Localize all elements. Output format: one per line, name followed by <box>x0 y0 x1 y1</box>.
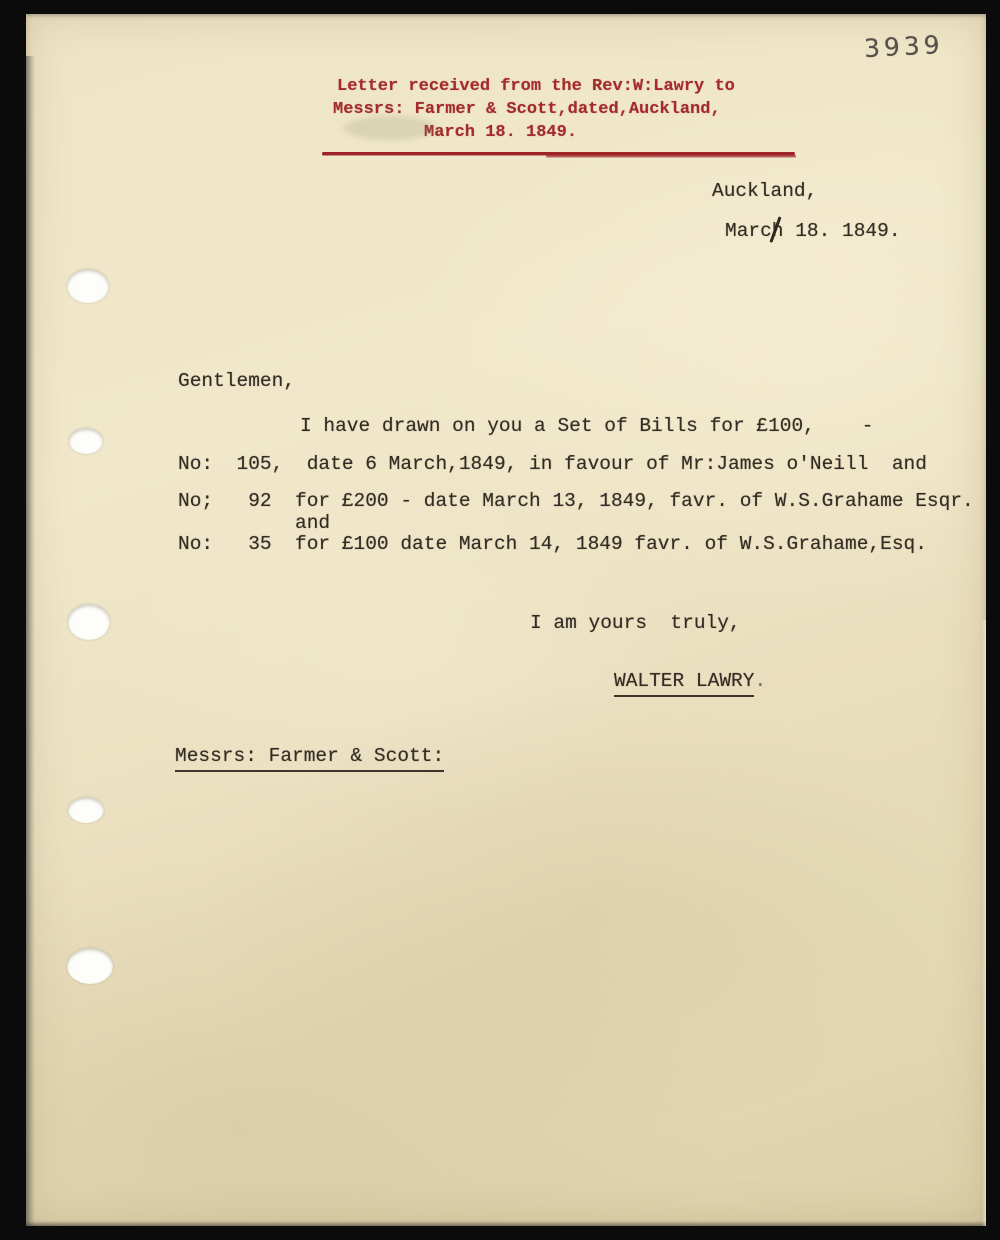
signature-block: WALTER LAWRY. <box>614 669 766 693</box>
header-underline-rule-overstrike <box>546 155 796 157</box>
pencil-catalog-number: 3939 <box>863 30 944 63</box>
letter-page: 3939 Letter received from the Rev:W:Lawr… <box>26 14 986 1226</box>
addressee-name: Messrs: Farmer & Scott: <box>175 745 444 772</box>
bill-line-2: No; 92 for £200 - date March 13, 1849, f… <box>178 489 974 513</box>
ink-smudge <box>344 116 436 140</box>
dateline-date: March 18. 1849. <box>725 219 901 243</box>
paper-edge-left <box>26 56 35 1226</box>
punch-hole <box>67 269 109 303</box>
paper-edge-top <box>26 14 986 18</box>
bill-line-1: No: 105, date 6 March,1849, in favour of… <box>178 452 927 476</box>
header-line-1: Letter received from the Rev:W:Lawry to <box>337 75 735 98</box>
valediction: I am yours truly, <box>530 611 741 635</box>
body-intro-line: I have drawn on you a Set of Bills for £… <box>300 414 873 438</box>
punch-hole <box>69 428 103 454</box>
paper-edge-bottom <box>26 1221 986 1226</box>
bill-line-3: No: 35 for £100 date March 14, 1849 favr… <box>178 532 927 556</box>
punch-hole <box>68 604 110 640</box>
paper-edge-right <box>982 620 986 1226</box>
addressee-line: Messrs: Farmer & Scott: <box>175 744 444 768</box>
header-line-3: March 18. 1849. <box>424 121 577 144</box>
signature-period: . <box>754 670 766 692</box>
salutation: Gentlemen, <box>178 369 295 393</box>
scan-background: 3939 Letter received from the Rev:W:Lawr… <box>0 0 1000 1240</box>
punch-hole <box>68 797 104 823</box>
signature-name: WALTER LAWRY <box>614 670 754 697</box>
dateline-place: Auckland, <box>712 179 817 203</box>
punch-hole <box>67 948 113 984</box>
